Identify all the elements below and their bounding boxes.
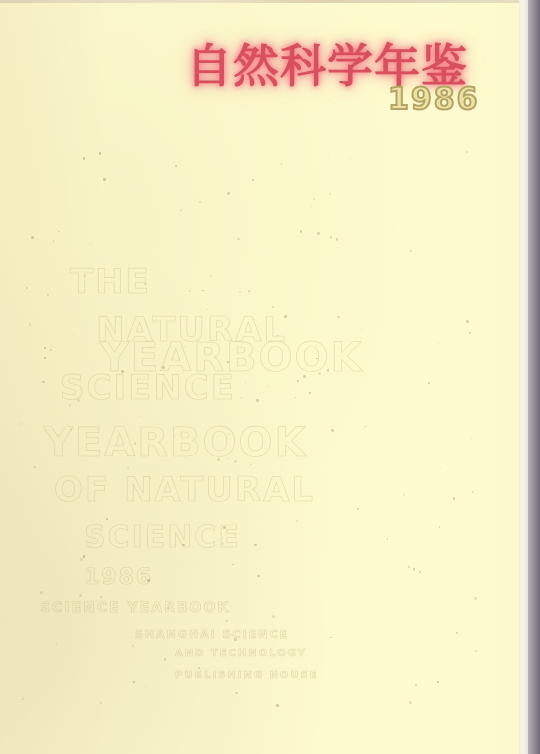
speck	[453, 497, 456, 500]
speck	[83, 555, 85, 557]
speck	[20, 423, 22, 425]
speck	[80, 558, 83, 561]
embossed-line: SCIENCE YEARBOOK	[40, 600, 230, 616]
speck	[103, 178, 106, 181]
speck	[226, 620, 228, 622]
page-edge	[519, 0, 528, 754]
spine-shadow	[528, 0, 540, 754]
embossed-line: 1986	[84, 565, 153, 590]
speck	[413, 568, 416, 571]
speck	[210, 275, 212, 277]
speck	[58, 231, 59, 232]
speck	[144, 283, 147, 286]
speck	[357, 508, 359, 510]
speck	[466, 151, 468, 153]
speck	[419, 571, 421, 573]
speck	[26, 287, 27, 288]
speck	[297, 380, 299, 382]
speck	[50, 349, 52, 351]
speck	[252, 179, 254, 181]
speck	[318, 372, 321, 375]
speck	[336, 238, 338, 240]
speck	[199, 201, 201, 203]
speck	[316, 358, 318, 360]
speck	[106, 518, 108, 520]
speck	[44, 347, 46, 349]
speck	[189, 290, 191, 292]
speck	[282, 468, 283, 469]
speck	[330, 236, 332, 238]
speck	[100, 702, 102, 704]
speck	[256, 399, 259, 402]
speck	[428, 382, 430, 384]
speck	[79, 594, 82, 597]
speck	[309, 392, 311, 394]
speck	[77, 399, 80, 402]
speck	[164, 658, 166, 660]
top-edge	[0, 0, 526, 3]
speck	[284, 315, 287, 318]
speck	[69, 404, 72, 407]
speck	[127, 467, 129, 469]
speck	[234, 638, 236, 640]
speck	[337, 316, 340, 319]
speck	[364, 426, 366, 428]
speck	[254, 544, 257, 547]
speck	[303, 375, 306, 378]
speck	[466, 320, 469, 323]
embossed-line: YEARBOOK	[44, 420, 308, 466]
speck	[392, 227, 393, 228]
speck	[182, 544, 184, 546]
cover-year: 1986	[388, 82, 480, 118]
speck	[469, 332, 471, 334]
speck	[237, 238, 239, 240]
speck	[133, 681, 135, 683]
speck	[31, 236, 34, 239]
embossed-line: OF NATURAL	[54, 470, 315, 510]
embossed-line: THE	[70, 262, 151, 302]
speck	[276, 704, 278, 706]
embossed-line: SCIENCE	[60, 368, 236, 408]
speck	[415, 684, 417, 686]
speck	[387, 538, 388, 539]
speck	[329, 193, 331, 195]
embossed-line: SCIENCE	[84, 520, 241, 555]
speck	[472, 491, 474, 493]
speck	[296, 520, 298, 522]
embossed-line: PUBLISHING HOUSE	[175, 670, 319, 681]
embossed-line: SHANGHAI SCIENCE	[135, 628, 289, 641]
speck	[99, 152, 102, 155]
speck	[207, 309, 208, 310]
speck	[475, 650, 477, 652]
speck	[114, 446, 116, 448]
speck	[121, 370, 124, 373]
speck	[175, 165, 176, 166]
speck	[437, 681, 439, 683]
speck	[257, 575, 259, 577]
speck	[134, 442, 136, 444]
speck	[327, 369, 330, 372]
book-cover: THE NATURAL YEARBOOK SCIENCE YEARBOOK OF…	[0, 0, 540, 754]
speck	[217, 458, 219, 460]
speck	[47, 294, 49, 296]
speck	[410, 250, 412, 252]
embossed-line: AND TECHNOLOGY	[175, 648, 307, 659]
